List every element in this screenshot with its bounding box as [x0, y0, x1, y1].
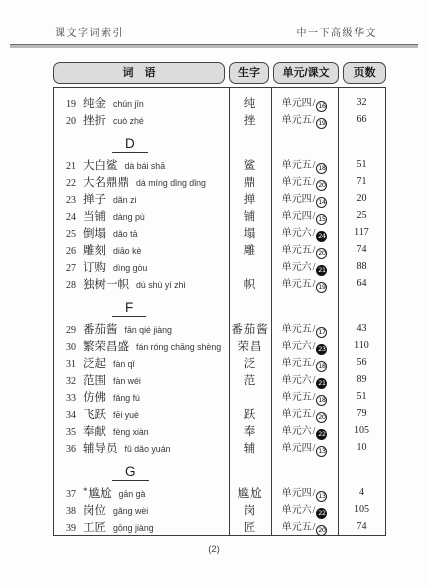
unit-text: 单元六	[282, 228, 312, 239]
pinyin-text: dìng gòu	[113, 263, 147, 273]
page-number-cell: 4	[338, 487, 385, 498]
table-row: 19纯金chún jīn纯单元四/1632	[54, 94, 385, 111]
word-text: 工匠	[83, 519, 106, 535]
unit-text: 单元五	[282, 177, 312, 188]
header-char-column: 生字	[229, 62, 269, 84]
word-text: 挫折	[83, 112, 106, 128]
header-divider-rule	[10, 44, 418, 48]
page-number-cell: 51	[338, 159, 385, 170]
unit-lesson-slash: /	[313, 177, 316, 188]
row-number: 21	[54, 161, 76, 172]
pinyin-text: fǎng fú	[113, 393, 140, 403]
table-row: 29番茄酱fān qié jiàng番茄酱单元五/1743	[54, 320, 385, 337]
table-row: 21大白鲨dà bái shā鲨单元五/1851	[54, 156, 385, 173]
section-letter-row: D	[54, 128, 385, 156]
unit-lesson-cell: 单元五/20	[271, 173, 338, 191]
footnote-marker: *	[83, 486, 88, 496]
unit-lesson-cell: 单元四/13	[271, 484, 338, 502]
pinyin-text: gǎng wèi	[113, 506, 148, 516]
lesson-number-badge: 19	[316, 282, 327, 293]
pinyin-text: gān gà	[119, 489, 146, 499]
header-page-column: 页数	[343, 62, 386, 84]
word-text: 番茄酱	[83, 321, 118, 337]
unit-lesson-cell: 单元六/22	[271, 501, 338, 519]
word-text: 大名鼎鼎	[83, 174, 129, 190]
table-row: 26雕刻diāo kè雕单元五/2074	[54, 241, 385, 258]
unit-text: 单元五	[282, 245, 312, 256]
table-row: 35奉献fèng xiàn奉单元六/22105	[54, 422, 385, 439]
table-body: 19纯金chún jīn纯单元四/163220挫折cuò zhé挫单元五/196…	[53, 87, 386, 536]
unit-lesson-cell: 单元五/17	[271, 320, 338, 338]
running-header-left: 课文字词索引	[55, 24, 124, 39]
unit-lesson-cell: 单元四/13	[271, 439, 338, 457]
table-row: 20挫折cuò zhé挫单元五/1966	[54, 111, 385, 128]
word-cell: 23掸子dǎn zi	[54, 191, 229, 207]
unit-lesson-cell: 单元六/23	[271, 337, 338, 355]
unit-lesson-slash: /	[313, 194, 316, 205]
pinyin-text: dǎo tā	[113, 229, 137, 239]
running-header: 课文字词索引 中一下高级华文	[55, 24, 377, 39]
unit-lesson-cell: 单元五/18	[271, 354, 338, 372]
word-cell: 32范围fàn wéi	[54, 372, 229, 388]
unit-lesson-slash: /	[313, 160, 316, 171]
word-text: 当铺	[83, 208, 106, 224]
page-number-cell: 25	[338, 210, 385, 221]
unit-lesson-slash: /	[313, 262, 316, 273]
unit-lesson-slash: /	[313, 211, 316, 222]
row-number: 24	[54, 212, 76, 223]
unit-text: 单元六	[282, 505, 312, 516]
word-cell: 29番茄酱fān qié jiàng	[54, 321, 229, 337]
section-letter: F	[112, 300, 146, 317]
unit-text: 单元六	[282, 262, 312, 273]
new-char-cell: 辅	[229, 440, 271, 456]
word-cell: 20挫折cuò zhé	[54, 112, 229, 128]
new-char-cell: 匠	[229, 519, 271, 535]
unit-lesson-slash: /	[313, 488, 316, 499]
word-text: 大白鲨	[83, 157, 118, 173]
pinyin-text: fán róng chāng shèng	[136, 342, 221, 352]
unit-text: 单元五	[282, 160, 312, 171]
unit-text: 单元五	[282, 115, 312, 126]
section-letter: D	[112, 136, 148, 153]
pinyin-text: dà bái shā	[125, 161, 166, 171]
unit-lesson-cell: 单元五/18	[271, 156, 338, 174]
new-char-cell: 塌	[229, 225, 271, 241]
page-number-footer: (2)	[0, 544, 428, 555]
unit-lesson-cell: 单元五/19	[271, 111, 338, 129]
page-number-cell: 71	[338, 176, 385, 187]
row-number: 28	[54, 280, 76, 291]
unit-text: 单元五	[282, 324, 312, 335]
unit-lesson-slash: /	[313, 409, 316, 420]
new-char-cell: 荣昌	[229, 338, 271, 354]
unit-text: 单元五	[282, 392, 312, 403]
page-number-cell: 110	[338, 340, 385, 351]
lesson-number-badge: 20	[316, 525, 327, 536]
unit-text: 单元五	[282, 279, 312, 290]
word-text: 订购	[83, 259, 106, 275]
table-row: 27订购dìng gòu单元六/2188	[54, 258, 385, 275]
row-number: 30	[54, 342, 76, 353]
unit-lesson-slash: /	[313, 375, 316, 386]
unit-lesson-slash: /	[313, 426, 316, 437]
word-cell: 22大名鼎鼎dà míng dǐng dǐng	[54, 174, 229, 190]
unit-lesson-slash: /	[313, 279, 316, 290]
unit-lesson-slash: /	[313, 505, 316, 516]
row-number: 38	[54, 506, 76, 517]
section-letter-row: G	[54, 456, 385, 484]
unit-text: 单元四	[282, 488, 312, 499]
new-char-cell: 掸	[229, 191, 271, 207]
word-text: *尴尬	[83, 485, 112, 501]
pinyin-text: dà míng dǐng dǐng	[136, 178, 206, 188]
word-cell: 33仿佛fǎng fú	[54, 389, 229, 405]
word-text: 繁荣昌盛	[83, 338, 129, 354]
lesson-number-badge: 19	[316, 118, 327, 129]
word-text: 独树一帜	[83, 276, 129, 292]
page-number-cell: 105	[338, 504, 385, 515]
table-row: 23掸子dǎn zi掸单元四/1420	[54, 190, 385, 207]
row-number: 27	[54, 263, 76, 274]
unit-text: 单元六	[282, 426, 312, 437]
header-word-column: 词 语	[53, 62, 225, 84]
unit-lesson-slash: /	[313, 324, 316, 335]
table-row: 28独树一帜dú shù yí zhì帜单元五/1964	[54, 275, 385, 292]
book-page: 课文字词索引 中一下高级华文 词 语 生字 单元/课文 页数 19纯金chún …	[0, 0, 428, 585]
pinyin-text: diāo kè	[113, 246, 141, 256]
pinyin-text: gōng jiàng	[113, 523, 154, 533]
unit-lesson-cell: 单元五/19	[271, 275, 338, 293]
unit-text: 单元四	[282, 194, 312, 205]
row-number: 26	[54, 246, 76, 257]
unit-text: 单元五	[282, 409, 312, 420]
pinyin-text: fǔ dǎo yuán	[125, 444, 171, 454]
new-char-cell: 纯	[229, 95, 271, 111]
unit-text: 单元四	[282, 98, 312, 109]
new-char-cell: 番茄酱	[229, 321, 271, 337]
page-number-cell: 74	[338, 521, 385, 532]
new-char-cell: 尴尬	[229, 485, 271, 501]
new-char-cell: 挫	[229, 112, 271, 128]
row-number: 23	[54, 195, 76, 206]
page-number-cell: 88	[338, 261, 385, 272]
new-char-cell: 鲨	[229, 157, 271, 173]
table-row: 39工匠gōng jiàng匠单元五/2074	[54, 518, 385, 535]
vocab-index-table: 词 语 生字 单元/课文 页数 19纯金chún jīn纯单元四/163220挫…	[53, 62, 386, 536]
word-cell: 34飞跃fēi yuè	[54, 406, 229, 422]
new-char-cell: 范	[229, 372, 271, 388]
pinyin-text: dàng pù	[113, 212, 145, 222]
unit-lesson-cell: 单元六/21	[271, 258, 338, 276]
word-text: 飞跃	[83, 406, 106, 422]
page-number-cell: 20	[338, 193, 385, 204]
unit-text: 单元四	[282, 211, 312, 222]
word-text: 倒塌	[83, 225, 106, 241]
unit-lesson-slash: /	[313, 341, 316, 352]
word-text: 雕刻	[83, 242, 106, 258]
unit-text: 单元四	[282, 443, 312, 454]
table-row: 33仿佛fǎng fú单元五/1851	[54, 388, 385, 405]
page-number-cell: 74	[338, 244, 385, 255]
row-number: 34	[54, 410, 76, 421]
word-text: 泛起	[83, 355, 106, 371]
new-char-cell: 雕	[229, 242, 271, 258]
row-number: 25	[54, 229, 76, 240]
unit-text: 单元六	[282, 341, 312, 352]
row-number: 33	[54, 393, 76, 404]
new-char-cell: 鼎	[229, 174, 271, 190]
unit-lesson-cell: 单元五/18	[271, 388, 338, 406]
unit-lesson-cell: 单元四/16	[271, 94, 338, 112]
unit-lesson-slash: /	[313, 245, 316, 256]
row-number: 20	[54, 116, 76, 127]
pinyin-text: cuò zhé	[113, 116, 144, 126]
row-number: 37	[54, 489, 76, 500]
unit-lesson-cell: 单元六/21	[271, 371, 338, 389]
row-number: 32	[54, 376, 76, 387]
lesson-number-badge: 13	[316, 446, 327, 457]
row-number: 39	[54, 523, 76, 534]
row-number: 35	[54, 427, 76, 438]
table-row: 30繁荣昌盛fán róng chāng shèng荣昌单元六/23110	[54, 337, 385, 354]
unit-text: 单元五	[282, 522, 312, 533]
unit-text: 单元五	[282, 358, 312, 369]
word-cell: 21大白鲨dà bái shā	[54, 157, 229, 173]
unit-lesson-cell: 单元六/22	[271, 422, 338, 440]
table-row: 22大名鼎鼎dà míng dǐng dǐng鼎单元五/2071	[54, 173, 385, 190]
running-header-right: 中一下高级华文	[297, 24, 378, 39]
unit-lesson-cell: 单元四/14	[271, 190, 338, 208]
pinyin-text: fān qié jiàng	[125, 325, 172, 335]
unit-lesson-slash: /	[313, 98, 316, 109]
table-row: 31泛起fàn qǐ泛单元五/1856	[54, 354, 385, 371]
row-number: 22	[54, 178, 76, 189]
word-cell: 26雕刻diāo kè	[54, 242, 229, 258]
word-cell: 38岗位gǎng wèi	[54, 502, 229, 518]
pinyin-text: fàn wéi	[113, 376, 141, 386]
page-number-cell: 51	[338, 391, 385, 402]
unit-lesson-cell: 单元四/15	[271, 207, 338, 225]
unit-lesson-cell: 单元五/20	[271, 518, 338, 536]
table-row: 24当铺dàng pù铺单元四/1525	[54, 207, 385, 224]
unit-lesson-slash: /	[313, 228, 316, 239]
pinyin-text: fèng xiàn	[113, 427, 149, 437]
pinyin-text: fàn qǐ	[113, 359, 135, 369]
table-row: 38岗位gǎng wèi岗单元六/22105	[54, 501, 385, 518]
new-char-cell: 奉	[229, 423, 271, 439]
new-char-cell: 帜	[229, 276, 271, 292]
new-char-cell: 泛	[229, 355, 271, 371]
new-char-cell: 跃	[229, 406, 271, 422]
unit-lesson-cell: 单元六/24	[271, 224, 338, 242]
word-cell: 31泛起fàn qǐ	[54, 355, 229, 371]
word-cell: 35奉献fèng xiàn	[54, 423, 229, 439]
word-cell: 36辅导员fǔ dǎo yuán	[54, 440, 229, 456]
word-text: 掸子	[83, 191, 106, 207]
table-row: 32范围fàn wéi范单元六/2189	[54, 371, 385, 388]
page-number-cell: 79	[338, 408, 385, 419]
unit-lesson-slash: /	[313, 115, 316, 126]
table-header-row: 词 语 生字 单元/课文 页数	[53, 62, 386, 84]
pinyin-text: dú shù yí zhì	[136, 280, 186, 290]
word-cell: 28独树一帜dú shù yí zhì	[54, 276, 229, 292]
page-number-cell: 89	[338, 374, 385, 385]
header-unit-column: 单元/课文	[273, 62, 339, 84]
unit-lesson-slash: /	[313, 522, 316, 533]
page-number-cell: 66	[338, 114, 385, 125]
page-number-cell: 10	[338, 442, 385, 453]
table-row: 34飞跃fēi yuè跃单元五/2079	[54, 405, 385, 422]
page-number-cell: 56	[338, 357, 385, 368]
word-text: 辅导员	[83, 440, 118, 456]
word-text: 纯金	[83, 95, 106, 111]
word-text: 仿佛	[83, 389, 106, 405]
unit-lesson-cell: 单元五/20	[271, 405, 338, 423]
row-number: 36	[54, 444, 76, 455]
page-number-cell: 105	[338, 425, 385, 436]
page-number-cell: 43	[338, 323, 385, 334]
table-row: 36辅导员fǔ dǎo yuán辅单元四/1310	[54, 439, 385, 456]
unit-lesson-slash: /	[313, 358, 316, 369]
word-text: 范围	[83, 372, 106, 388]
word-cell: 24当铺dàng pù	[54, 208, 229, 224]
word-cell: 19纯金chún jīn	[54, 95, 229, 111]
page-number-cell: 64	[338, 278, 385, 289]
section-letter-row: F	[54, 292, 385, 320]
unit-lesson-cell: 单元五/20	[271, 241, 338, 259]
word-cell: 27订购dìng gòu	[54, 259, 229, 275]
table-row: 37*尴尬gān gà尴尬单元四/134	[54, 484, 385, 501]
page-number-cell: 117	[338, 227, 385, 238]
new-char-cell: 岗	[229, 502, 271, 518]
pinyin-text: chún jīn	[113, 99, 144, 109]
unit-lesson-slash: /	[313, 392, 316, 403]
table-row: 25倒塌dǎo tā塌单元六/24117	[54, 224, 385, 241]
row-number: 29	[54, 325, 76, 336]
word-cell: 30繁荣昌盛fán róng chāng shèng	[54, 338, 229, 354]
unit-lesson-slash: /	[313, 443, 316, 454]
unit-text: 单元六	[282, 375, 312, 386]
page-number-cell: 32	[338, 97, 385, 108]
new-char-cell: 铺	[229, 208, 271, 224]
pinyin-text: dǎn zi	[113, 195, 136, 205]
word-cell: 25倒塌dǎo tā	[54, 225, 229, 241]
word-cell: 39工匠gōng jiàng	[54, 519, 229, 535]
section-letter: G	[112, 464, 149, 481]
word-text: 奉献	[83, 423, 106, 439]
word-cell: 37*尴尬gān gà	[54, 485, 229, 501]
word-text: 岗位	[83, 502, 106, 518]
pinyin-text: fēi yuè	[113, 410, 139, 420]
row-number: 19	[54, 99, 76, 110]
row-number: 31	[54, 359, 76, 370]
